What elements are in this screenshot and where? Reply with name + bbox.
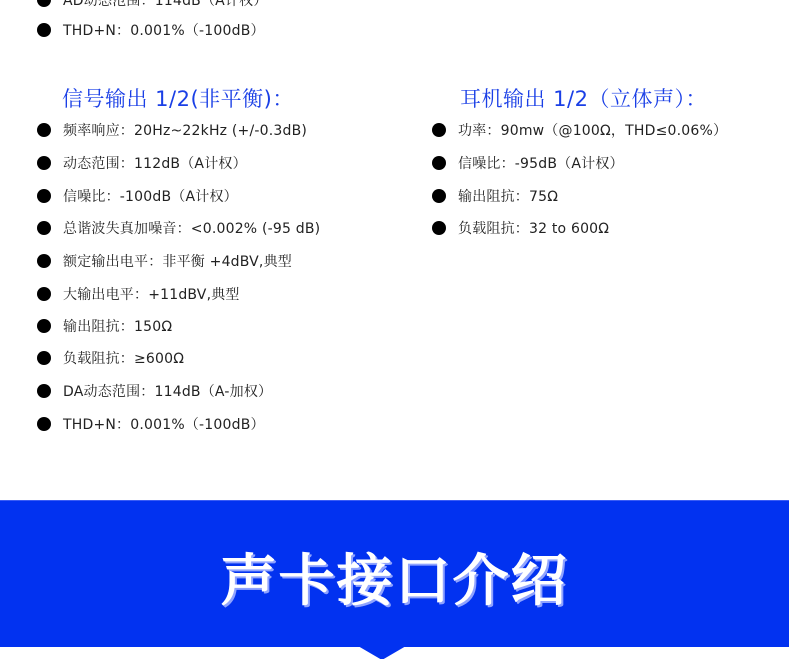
bullet-icon — [37, 351, 51, 365]
bullet-icon — [37, 319, 51, 333]
banner-title: 声卡接口介绍 — [0, 537, 789, 617]
spec-item: 动态范围：112dB（A计权） — [37, 151, 247, 175]
bullet-icon — [432, 156, 446, 170]
bullet-icon — [432, 123, 446, 137]
spec-item: 频率响应：20Hz~22kHz (+/-0.3dB) — [37, 118, 307, 142]
spec-text: 额定输出电平：非平衡 +4dBV,典型 — [63, 251, 292, 271]
banner-arrow-icon — [358, 646, 406, 659]
spec-text: AD动态范围：114dB（A计权） — [63, 0, 268, 10]
spec-item: DA动态范围：114dB（A-加权） — [37, 379, 272, 403]
bullet-icon — [432, 189, 446, 203]
spec-text: THD+N：0.001%（-100dB） — [63, 414, 265, 434]
spec-item: 信噪比：-95dB（A计权） — [432, 151, 624, 175]
spec-item: 负载阻抗：≥600Ω — [37, 346, 184, 370]
spec-item: THD+N：0.001%（-100dB） — [37, 18, 265, 42]
bullet-icon — [432, 221, 446, 235]
spec-item: 额定输出电平：非平衡 +4dBV,典型 — [37, 249, 292, 273]
bullet-icon — [37, 156, 51, 170]
bullet-icon — [37, 189, 51, 203]
spec-text: 功率：90mw（@100Ω，THD≤0.06%） — [458, 120, 727, 140]
bullet-icon — [37, 23, 51, 37]
spec-text: 动态范围：112dB（A计权） — [63, 153, 247, 173]
spec-text: 总谐波失真加噪音：<0.002% (-95 dB) — [63, 218, 320, 238]
bullet-icon — [37, 123, 51, 137]
spec-text: 频率响应：20Hz~22kHz (+/-0.3dB) — [63, 120, 307, 140]
spec-item: 总谐波失真加噪音：<0.002% (-95 dB) — [37, 216, 320, 240]
bullet-icon — [37, 417, 51, 431]
bullet-icon — [37, 384, 51, 398]
section-title-headphone-output: 耳机输出 1/2（立体声）： — [460, 83, 707, 113]
spec-text: 负载阻抗：32 to 600Ω — [458, 218, 609, 238]
spec-text: DA动态范围：114dB（A-加权） — [63, 381, 272, 401]
spec-text: 信噪比：-95dB（A计权） — [458, 153, 624, 173]
spec-text: 信噪比：-100dB（A计权） — [63, 186, 238, 206]
spec-item: AD动态范围：114dB（A计权） — [37, 0, 268, 12]
section-banner: 声卡接口介绍 — [0, 500, 789, 647]
bullet-icon — [37, 221, 51, 235]
spec-text: 输出阻抗：150Ω — [63, 316, 172, 336]
spec-text: 输出阻抗：75Ω — [458, 186, 558, 206]
spec-item: 大输出电平：+11dBV,典型 — [37, 282, 240, 306]
bullet-icon — [37, 0, 51, 7]
spec-text: 大输出电平：+11dBV,典型 — [63, 284, 240, 304]
spec-text: 负载阻抗：≥600Ω — [63, 348, 184, 368]
spec-text: THD+N：0.001%（-100dB） — [63, 20, 265, 40]
spec-item: 负载阻抗：32 to 600Ω — [432, 216, 609, 240]
bullet-icon — [37, 287, 51, 301]
spec-item: THD+N：0.001%（-100dB） — [37, 412, 265, 436]
spec-item: 输出阻抗：150Ω — [37, 314, 172, 338]
spec-item: 输出阻抗：75Ω — [432, 184, 558, 208]
spec-item: 功率：90mw（@100Ω，THD≤0.06%） — [432, 118, 727, 142]
spec-item: 信噪比：-100dB（A计权） — [37, 184, 238, 208]
bullet-icon — [37, 254, 51, 268]
section-title-signal-output: 信号输出 1/2(非平衡)： — [62, 83, 294, 113]
